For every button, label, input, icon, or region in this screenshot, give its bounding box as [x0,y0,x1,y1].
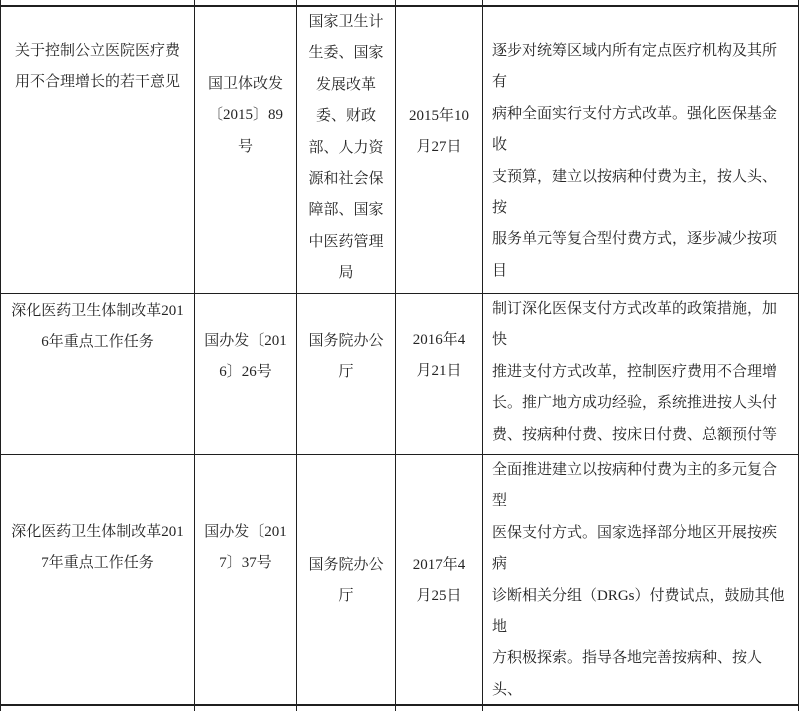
cell-document-number: 国办发〔201 7〕37号 [195,455,297,704]
cell-issue-date: 2017年4 月25日 [396,455,483,704]
clipped-cell [297,0,396,5]
table-row: 深化医药卫生体制改革201 7年重点工作任务 国办发〔201 7〕37号 国务院… [1,454,798,704]
clipped-row-bottom [1,704,798,711]
clipped-cell [483,0,797,5]
document-page: 关于控制公立医院医疗费 用不合理增长的若干意见 国卫体改发 〔2015〕89 号… [0,0,800,711]
cell-policy-summary: 逐步对统筹区域内所有定点医疗机构及其所有 病种全面实行支付方式改革。强化医保基金… [483,7,797,293]
cell-issuing-agency: 国家卫生计 生委、国家 发展改革 委、财政 部、人力资 源和社会保 障部、国家 … [297,7,396,293]
clipped-cell [195,706,297,711]
clipped-cell [195,0,297,5]
cell-document-title: 深化医药卫生体制改革201 6年重点工作任务 [1,294,195,454]
clipped-cell [483,706,797,711]
clipped-row-top [1,0,798,5]
cell-policy-summary: 制订深化医保支付方式改革的政策措施，加快 推进支付方式改革，控制医疗费用不合理增… [483,294,797,454]
cell-document-title: 关于控制公立医院医疗费 用不合理增长的若干意见 [1,7,195,293]
clipped-cell [396,0,483,5]
table-row: 关于控制公立医院医疗费 用不合理增长的若干意见 国卫体改发 〔2015〕89 号… [1,5,798,293]
cell-issuing-agency: 国务院办公 厅 [297,294,396,454]
cell-issue-date: 2015年10 月27日 [396,7,483,293]
cell-policy-summary: 全面推进建立以按病种付费为主的多元复合型 医保支付方式。国家选择部分地区开展按疾… [483,455,797,704]
cell-document-number: 国卫体改发 〔2015〕89 号 [195,7,297,293]
clipped-cell [297,706,396,711]
cell-document-title: 深化医药卫生体制改革201 7年重点工作任务 [1,455,195,704]
clipped-cell [1,0,195,5]
cell-document-number: 国办发〔201 6〕26号 [195,294,297,454]
clipped-cell [396,706,483,711]
cell-issue-date: 2016年4 月21日 [396,294,483,454]
clipped-cell [1,706,195,711]
policy-table: 关于控制公立医院医疗费 用不合理增长的若干意见 国卫体改发 〔2015〕89 号… [0,0,799,711]
cell-issuing-agency: 国务院办公 厅 [297,455,396,704]
table-row: 深化医药卫生体制改革201 6年重点工作任务 国办发〔201 6〕26号 国务院… [1,293,798,454]
